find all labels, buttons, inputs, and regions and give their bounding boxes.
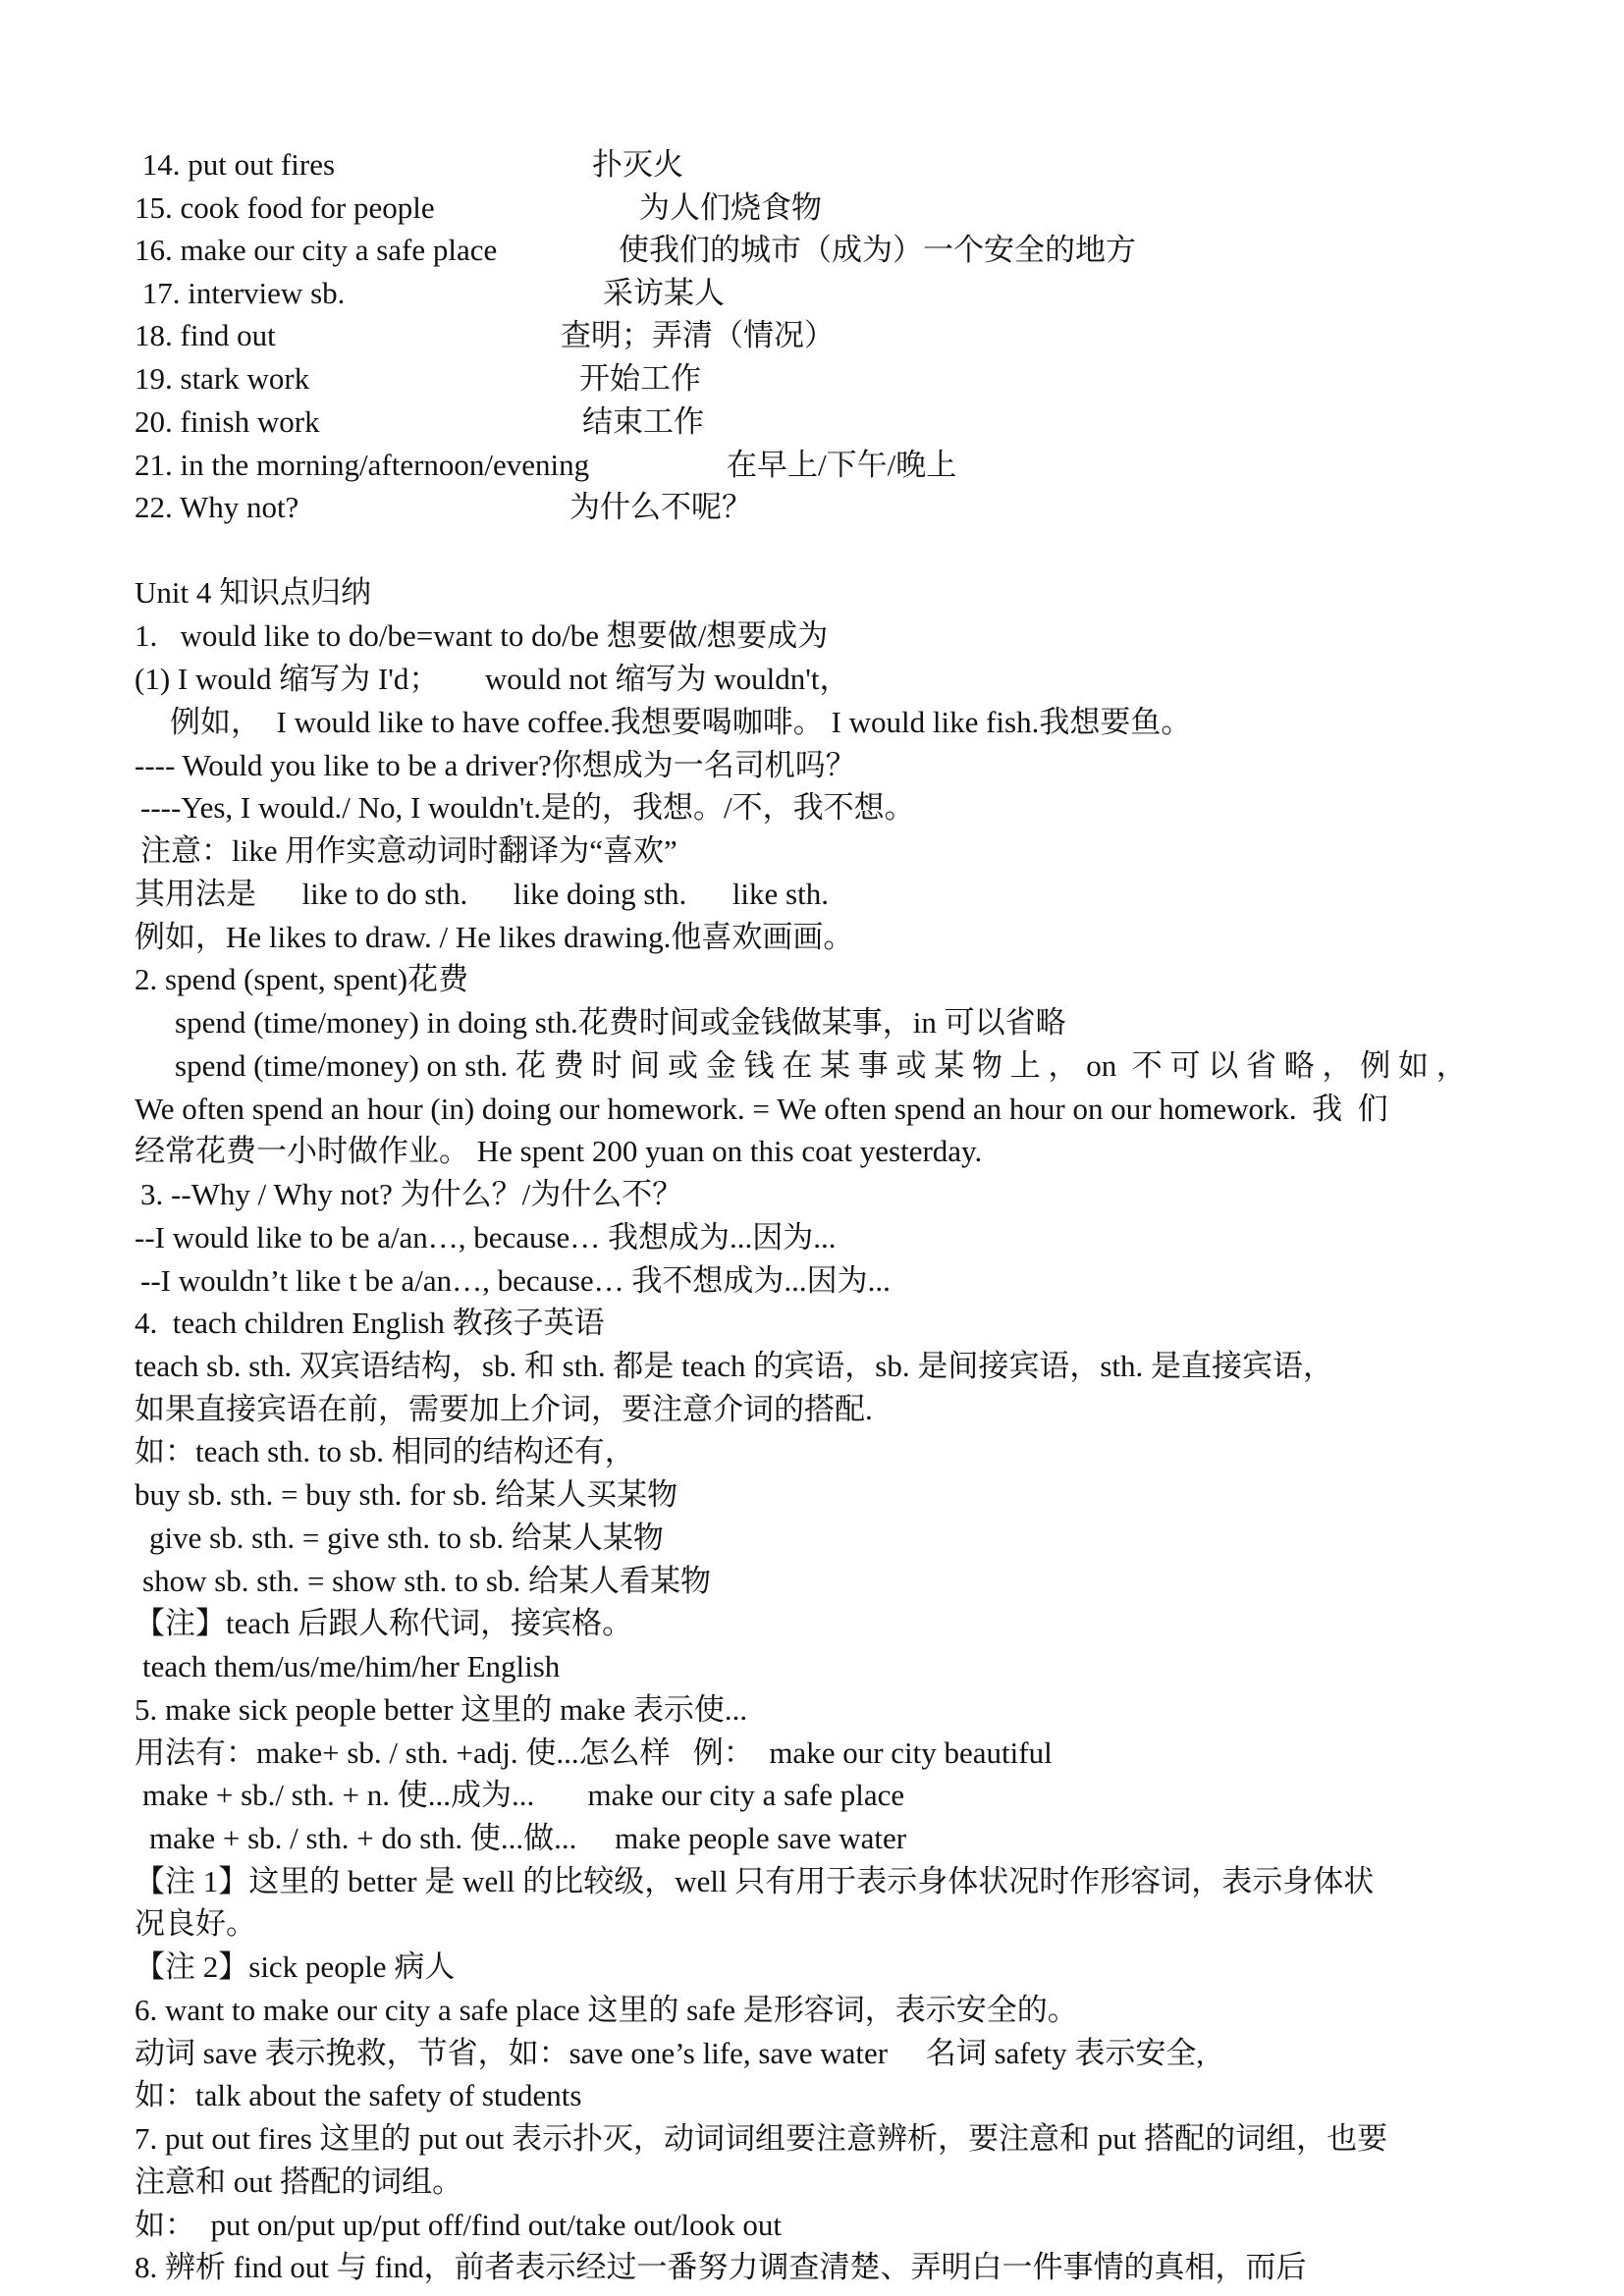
note-line: 注意：like 用作实意动词时翻译为“喜欢” [140,831,677,871]
note-line: 1. would like to do/be=want to do/be 想要做… [135,616,828,656]
vocab-item: 17. interview sb.采访某人 [0,274,1624,313]
note-line: make + sb. / sth. + do sth. 使...做... mak… [149,1819,906,1858]
vocab-english: 17. interview sb. [135,274,345,313]
note-line: 如：teach sth. to sb. 相同的结构还有， [135,1432,635,1471]
note-line: We often spend an hour (in) doing our ho… [135,1090,1388,1129]
note-line: 5. make sick people better 这里的 make 表示使.… [135,1690,747,1730]
vocab-chinese: 查明；弄清（情况） [561,316,835,355]
vocab-item: 18. find out查明；弄清（情况） [0,316,1624,355]
vocab-english: 18. find out [135,316,276,355]
note-line: ---- Would you like to be a driver?你想成为一… [135,746,856,785]
note-line: make + sb./ sth. + n. 使...成为... make our… [142,1776,904,1815]
vocab-chinese: 采访某人 [603,274,725,313]
note-line: 4. teach children English 教孩子英语 [135,1304,605,1343]
vocab-english: 15. cook food for people [135,188,435,228]
note-line: teach them/us/me/him/her English [142,1647,560,1686]
note-line: 3. --Why / Why not? 为什么？/为什么不？ [140,1175,682,1214]
note-line: 7. put out fires 这里的 put out 表示扑灭，动词词组要注… [135,2119,1387,2159]
note-line: 如： put on/put up/put off/find out/take o… [135,2206,782,2245]
note-line: 经常花费一小时做作业。 He spent 200 yuan on this co… [135,1132,982,1171]
vocab-chinese: 扑灭火 [592,145,683,185]
note-line: 况良好。 [135,1904,256,1944]
note-line: 注意和 out 搭配的词组。 [135,2163,462,2202]
unit-title: Unit 4 知识点归纳 [135,573,371,613]
vocab-item: 14. put out fires扑灭火 [0,145,1624,185]
vocab-item: 22. Why not?为什么不呢？ [0,488,1624,527]
note-line: 如果直接宾语在前，需要加上介词，要注意介词的搭配. [135,1390,873,1429]
vocab-item: 19. stark work开始工作 [0,359,1624,399]
note-line: 其用法是 like to do sth. like doing sth. lik… [135,875,829,914]
note-line: show sb. sth. = show sth. to sb. 给某人看某物 [142,1562,711,1601]
vocab-english: 20. finish work [135,402,320,442]
vocab-item: 21. in the morning/afternoon/evening在早上/… [0,446,1624,485]
vocab-item: 15. cook food for people为人们烧食物 [0,188,1624,228]
note-line: spend (time/money) on sth. 花 费 时 间 或 金 钱… [175,1046,1467,1086]
note-line: give sb. sth. = give sth. to sb. 给某人某物 [149,1519,664,1558]
vocab-chinese: 为什么不呢？ [569,488,752,527]
vocab-english: 16. make our city a safe place [135,231,497,270]
vocab-chinese: 结束工作 [582,402,704,442]
note-line: (1) I would 缩写为 I'd； would not 缩写为 would… [135,660,849,699]
vocab-english: 21. in the morning/afternoon/evening [135,446,589,485]
note-line: 动词 save 表示挽救，节省，如：save one’s life, save … [135,2034,1204,2073]
note-line: buy sb. sth. = buy sth. for sb. 给某人买某物 [135,1475,677,1515]
note-line: ----Yes, I would./ No, I wouldn't.是的，我想。… [140,788,915,828]
note-line: spend (time/money) in doing sth.花费时间或金钱做… [175,1003,1066,1042]
note-line: 用法有：make+ sb. / sth. +adj. 使...怎么样 例： ma… [135,1734,1053,1773]
vocab-english: 22. Why not? [135,488,298,527]
vocab-item: 16. make our city a safe place使我们的城市（成为）… [0,231,1624,270]
note-line: teach sb. sth. 双宾语结构，sb. 和 sth. 都是 teach… [135,1347,1333,1386]
vocab-english: 19. stark work [135,359,309,399]
note-line: 例如，He likes to draw. / He likes drawing.… [135,918,853,957]
note-line: --I would like to be a/an…, because… 我想成… [135,1218,837,1257]
note-line: --I wouldn’t like t be a/an…, because… 我… [140,1261,891,1301]
vocab-chinese: 开始工作 [579,359,701,399]
vocab-chinese: 在早上/下午/晚上 [727,446,956,485]
note-line: 【注 2】sick people 病人 [135,1948,455,1987]
note-line: 如：talk about the safety of students [135,2076,581,2115]
note-line: 8. 辨析 find out 与 find，前者表示经过一番努力调查清楚、弄明白… [135,2248,1306,2287]
vocab-chinese: 使我们的城市（成为）一个安全的地方 [619,231,1136,270]
note-line: 【注 1】这里的 better 是 well 的比较级，well 只有用于表示身… [135,1862,1374,1901]
vocab-item: 20. finish work结束工作 [0,402,1624,442]
note-line: 例如， I would like to have coffee.我想要喝咖啡。 … [170,703,1191,742]
vocab-chinese: 为人们烧食物 [639,188,822,228]
note-line: 【注】teach 后跟人称代词，接宾格。 [135,1604,632,1643]
note-line: 6. want to make our city a safe place 这里… [135,1991,1078,2030]
note-line: 2. spend (spent, spent)花费 [135,960,468,999]
vocab-english: 14. put out fires [135,145,335,185]
